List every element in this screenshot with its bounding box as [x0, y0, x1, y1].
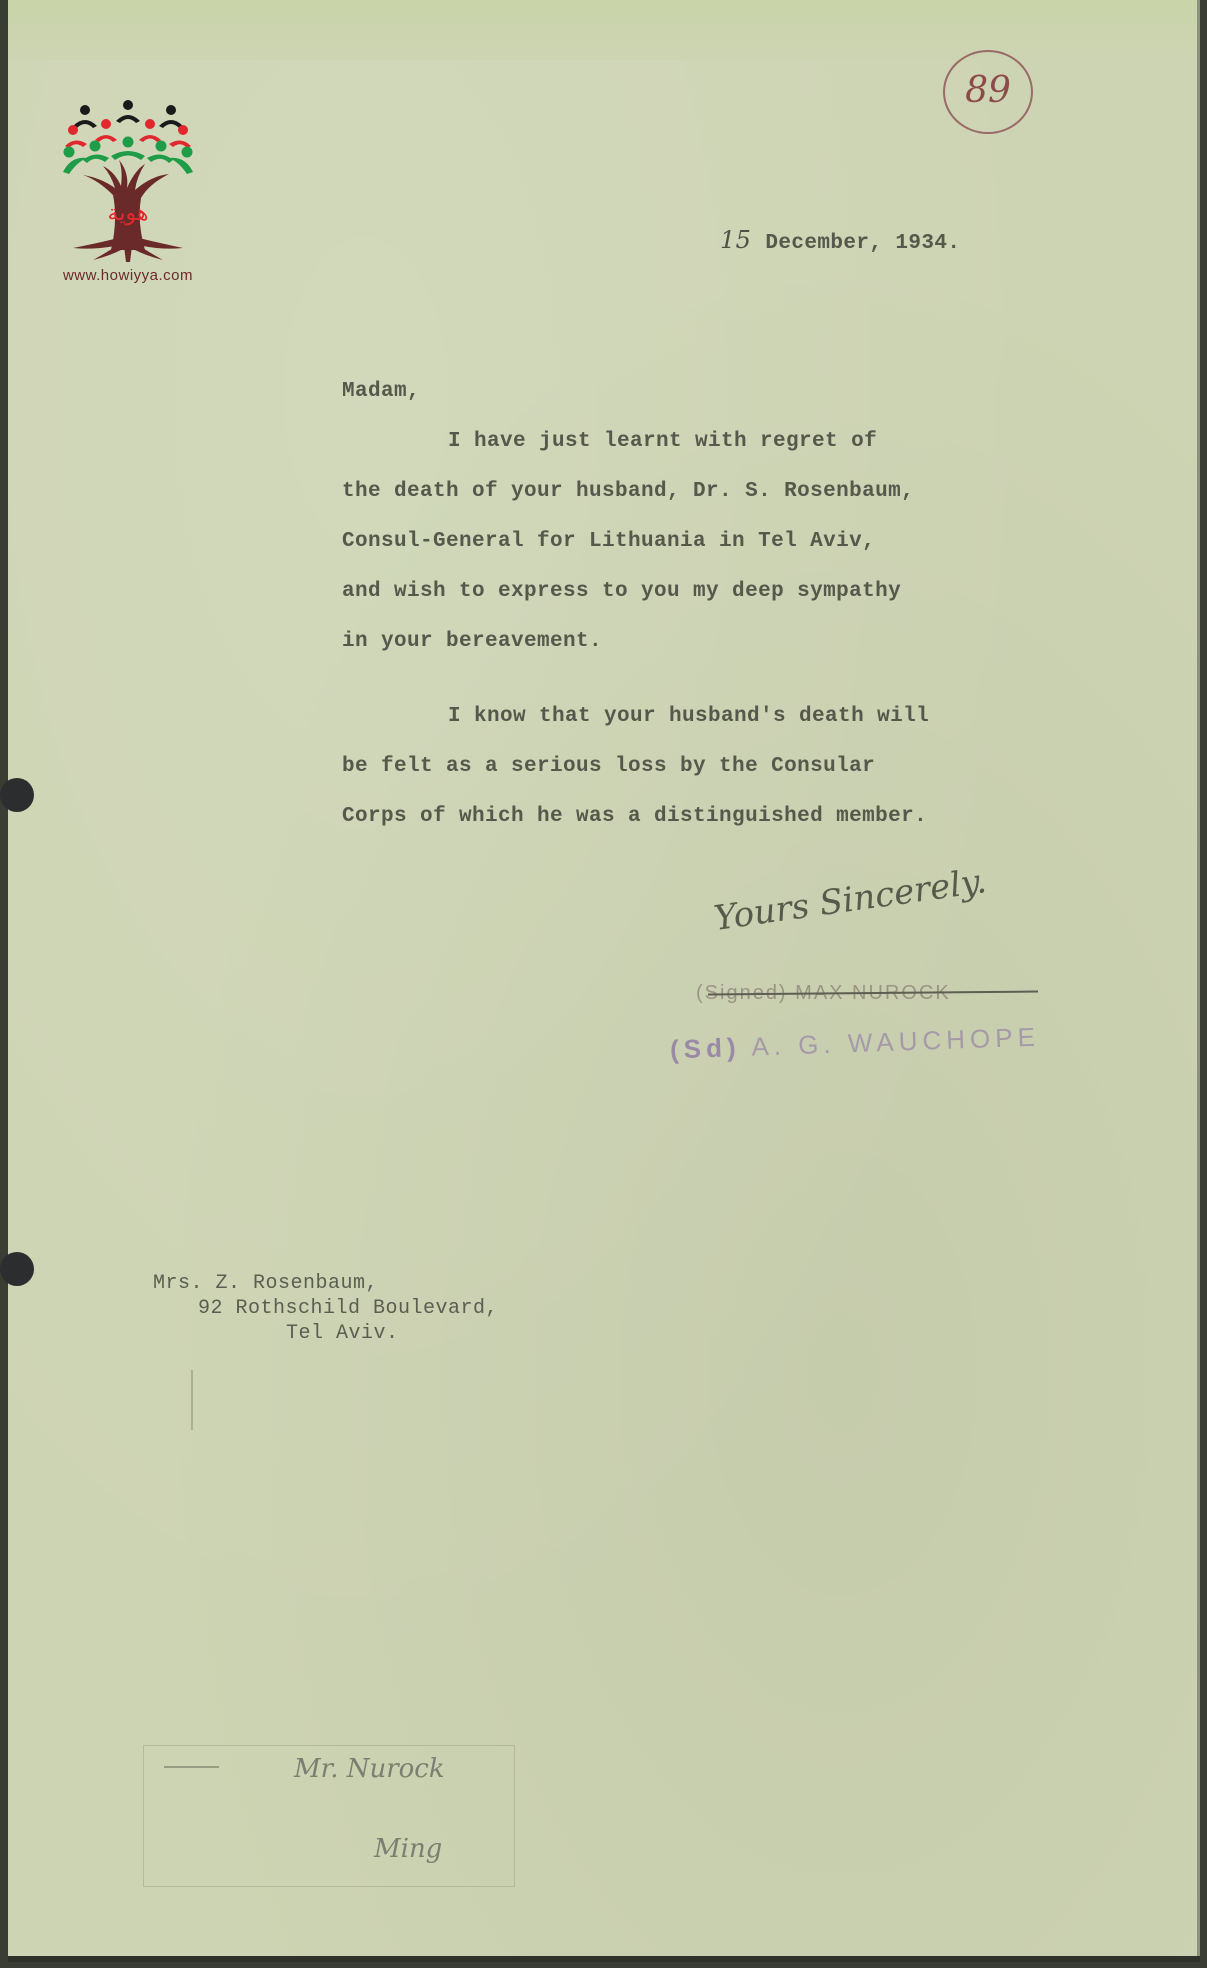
document-page: هوية www.howiyya.com 89 15December, 1934…	[8, 0, 1200, 1962]
address-line: Tel Aviv.	[286, 1322, 399, 1345]
howiyya-tree-logo-icon: هوية	[63, 100, 193, 265]
stamp-prefix: (Sd)	[670, 1032, 742, 1064]
punch-hole	[0, 778, 34, 812]
body-line: I know that your husband's death will	[448, 705, 929, 728]
folio-number: 89	[943, 50, 1033, 134]
date-month-year: December, 1934.	[765, 232, 960, 255]
pencil-notes-box: Mr. Nurock Ming	[143, 1745, 515, 1887]
body-line: and wish to express to you my deep sympa…	[342, 580, 901, 603]
pencil-initials: Mr. Nurock	[294, 1754, 445, 1784]
letter-date: 15December, 1934.	[720, 226, 960, 255]
body-line: the death of your husband, Dr. S. Rosenb…	[342, 480, 914, 503]
body-line: Consul-General for Lithuania in Tel Aviv…	[342, 530, 875, 553]
salutation: Madam,	[342, 380, 420, 403]
page-edge	[1197, 0, 1200, 1962]
pencil-initials: Ming	[374, 1834, 442, 1864]
date-day: 15	[720, 226, 751, 254]
punch-hole	[0, 1252, 34, 1286]
body-line: be felt as a serious loss by the Consula…	[342, 755, 875, 778]
faint-pencil-mark	[191, 1370, 193, 1430]
address-line: 92 Rothschild Boulevard,	[198, 1297, 498, 1320]
body-line: I have just learnt with regret of	[448, 430, 877, 453]
svg-text:هوية: هوية	[108, 201, 149, 226]
closing-handwritten: Yours Sincerely.	[712, 861, 989, 939]
logo-url[interactable]: www.howiyya.com	[38, 267, 218, 284]
page-top-band	[8, 0, 1200, 60]
body-line: in your bereavement.	[342, 630, 602, 653]
howiyya-logo: هوية www.howiyya.com	[38, 100, 218, 300]
page-edge-bottom	[8, 1956, 1200, 1962]
stamp-name: A. G. WAUCHOPE	[751, 1022, 1040, 1062]
address-line: Mrs. Z. Rosenbaum,	[153, 1272, 378, 1295]
body-line: Corps of which he was a distinguished me…	[342, 805, 927, 828]
pencil-dash	[164, 1766, 219, 1768]
stamped-signature: (Sd) A. G. WAUCHOPE	[670, 1022, 1041, 1066]
